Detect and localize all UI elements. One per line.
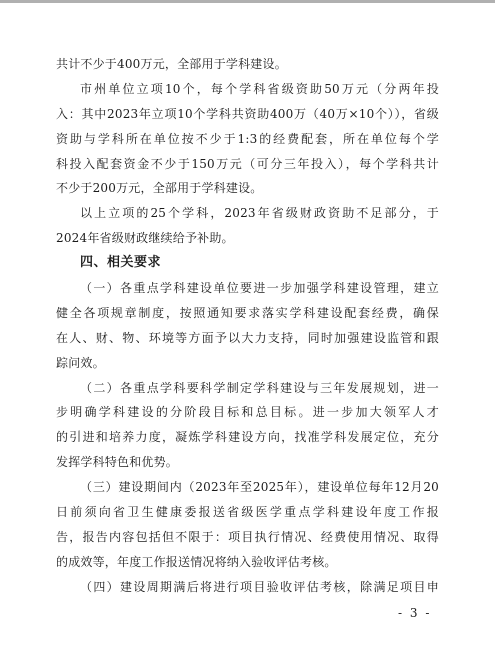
scan-top-edge bbox=[0, 0, 495, 3]
text-line: （二）各重点学科要科学制定学科建设与三年发展规划，进一 bbox=[56, 376, 439, 401]
text-line: 科投入配套资金不少于150万元（可分三年投入），每个学科共计 bbox=[56, 152, 439, 177]
section-heading: 四、相关要求 bbox=[56, 251, 439, 276]
text-line: 以上立项的25个学科，2023年省级财政资助不足部分，于 bbox=[56, 201, 439, 226]
text-line: 健全各项规章制度，按照通知要求落实学科建设配套经费，确保 bbox=[56, 301, 439, 326]
text-line: 不少于200万元，全部用于学科建设。 bbox=[56, 176, 439, 201]
text-line: 的引进和培养力度，凝炼学科建设方向，找准学科发展定位，充分 bbox=[56, 425, 439, 450]
text-line: 步明确学科建设的分阶段目标和总目标。进一步加大领军人才 bbox=[56, 400, 439, 425]
text-line: 的成效等，年度工作报送情况将纳入验收评估考核。 bbox=[56, 550, 439, 575]
text-line: 在人、财、物、环境等方面予以大力支持，同时加强建设监管和跟 bbox=[56, 326, 439, 351]
text-line: 日前须向省卫生健康委报送省级医学重点学科建设年度工作报 bbox=[56, 500, 439, 525]
page-number: - 3 - bbox=[398, 606, 431, 620]
text-line: 资助与学科所在单位按不少于1:3的经费配套，所在单位每个学 bbox=[56, 127, 439, 152]
text-line: （四）建设周期满后将进行项目验收评估考核，除满足项目申 bbox=[56, 575, 439, 600]
text-line: 告，报告内容包括但不限于：项目执行情况、经费使用情况、取得 bbox=[56, 525, 439, 550]
document-text-block: 共计不少于400万元，全部用于学科建设。市州单位立项10个，每个学科省级资助50… bbox=[56, 52, 439, 600]
text-line: 踪问效。 bbox=[56, 351, 439, 376]
text-line: 发挥学科特色和优势。 bbox=[56, 450, 439, 475]
text-line: 入：其中2023年立项10个学科共资助400万（40万×10个）），省级 bbox=[56, 102, 439, 127]
text-line: 2024年省级财政继续给予补助。 bbox=[56, 226, 439, 251]
text-line: （一）各重点学科建设单位要进一步加强学科建设管理，建立 bbox=[56, 276, 439, 301]
text-line: （三）建设期间内（2023年至2025年），建设单位每年12月20 bbox=[56, 475, 439, 500]
text-line: 市州单位立项10个，每个学科省级资助50万元（分两年投 bbox=[56, 77, 439, 102]
text-line: 共计不少于400万元，全部用于学科建设。 bbox=[56, 52, 439, 77]
document-page: 共计不少于400万元，全部用于学科建设。市州单位立项10个，每个学科省级资助50… bbox=[0, 0, 495, 670]
